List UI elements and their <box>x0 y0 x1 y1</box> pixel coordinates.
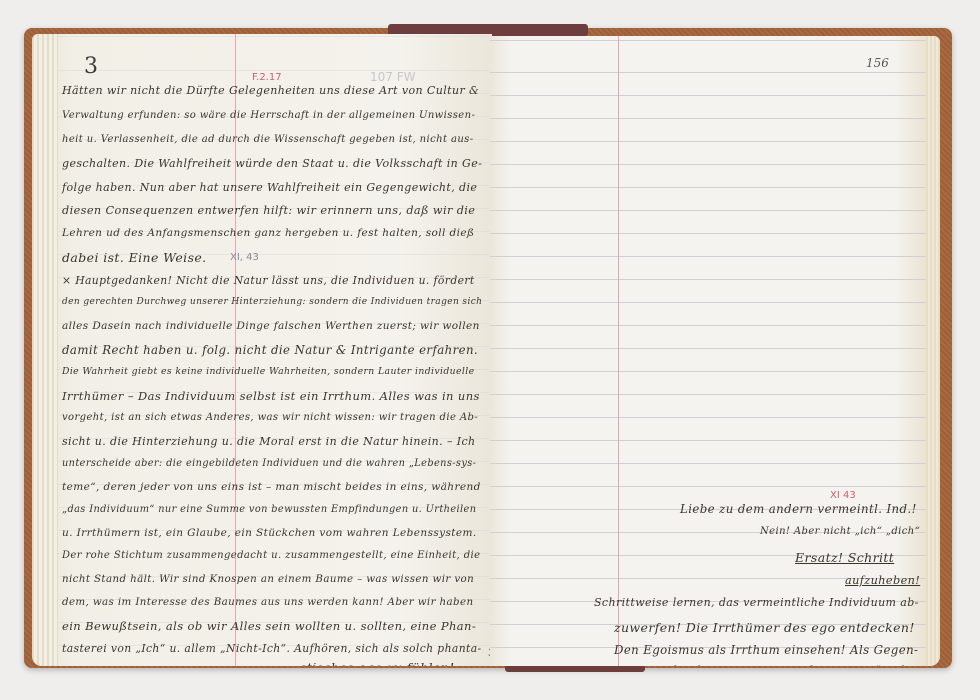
text-line: damit Recht haben u. folg. nicht die Nat… <box>62 343 478 357</box>
text-line: den gerechten Durchweg unserer Hinterzie… <box>62 297 482 307</box>
margin-reference: XI, 43 <box>230 252 259 263</box>
text-line: „das Individuum“ nur eine Summe von bewu… <box>62 504 476 515</box>
text-line: geschalten. Die Wahlfreiheit würde den S… <box>62 157 482 170</box>
text-line: folge haben. Nun aber hat unsere Wahlfre… <box>62 181 477 194</box>
margin-reference: XI 43 <box>830 490 856 501</box>
text-line: satz ja nicht Altruismus zu verstehen! D… <box>614 664 919 666</box>
text-line: Liebe zu dem andern vermeintl. Ind.! <box>680 502 917 516</box>
pencil-mark: 107 FW <box>370 70 416 84</box>
text-line: zuwerfen! Die Irrthümer des ego entdecke… <box>614 620 915 635</box>
text-line: unterscheide aber: die eingebildeten Ind… <box>62 458 476 469</box>
text-line: Schrittweise lernen, das vermeintliche I… <box>594 596 919 609</box>
text-line: stisches ego zu fühlen! <box>300 660 455 666</box>
text-line: aufzuheben! <box>845 574 920 587</box>
page-number: 3 <box>84 54 98 79</box>
page-edge-stack <box>926 36 940 666</box>
text-line: Lehren ud des Anfangsmenschen ganz herge… <box>62 227 474 239</box>
text-line: Nein! Aber nicht „ich“ „dich“ <box>760 526 920 537</box>
text-line: heit u. Verlassenheit, die ad durch die … <box>62 134 473 145</box>
text-line: sicht u. die Hinterziehung u. die Moral … <box>62 435 476 448</box>
text-line: Den Egoismus als Irrthum einsehen! Als G… <box>614 643 918 657</box>
text-line: × Hauptgedanken! Nicht die Natur lässt u… <box>62 274 475 287</box>
left-page: 3 F.2.17 107 FW XI, 43 Hätten wir nicht … <box>32 34 492 666</box>
text-line: tasterei von „Ich“ u. allem „Nicht-Ich“.… <box>62 642 482 655</box>
text-line: Die Wahrheit giebt es keine individuelle… <box>62 366 475 377</box>
right-page: 156 XI 43 Liebe zu dem andern vermeintl.… <box>490 36 940 666</box>
ruled-lines <box>490 36 940 666</box>
text-line: u. Irrthümern ist, ein Glaube, ein Stück… <box>62 527 477 539</box>
text-line: Der rohe Stichtum zusammengedacht u. zus… <box>62 550 480 561</box>
text-line: Irrthümer – Das Individuum selbst ist ei… <box>62 389 480 403</box>
text-line: dem, was im Interesse des Baumes aus uns… <box>62 596 473 608</box>
red-stamp: F.2.17 <box>252 72 282 83</box>
text-line: Hätten wir nicht die Dürfte Gelegenheite… <box>62 84 479 97</box>
text-line: diesen Consequenzen entwerfen hilft: wir… <box>62 204 475 217</box>
text-line: Ersatz! Schritt <box>795 550 894 565</box>
text-line: teme“, deren jeder von uns eins ist – ma… <box>62 481 481 493</box>
page-number: 156 <box>866 56 889 70</box>
text-line: vorgeht, ist an sich etwas Anderes, was … <box>62 412 478 423</box>
page-edge-stack <box>32 34 58 666</box>
text-line: nicht Stand hält. Wir sind Knospen an ei… <box>62 573 474 585</box>
text-line: dabei ist. Eine Weise. <box>62 250 207 265</box>
text-line: alles Dasein nach individuelle Dinge fal… <box>62 320 480 332</box>
margin-line <box>618 36 619 666</box>
text-line: ein Bewußtsein, als ob wir Alles sein wo… <box>62 619 476 633</box>
text-line: Verwaltung erfunden: so wäre die Herrsch… <box>62 110 475 121</box>
